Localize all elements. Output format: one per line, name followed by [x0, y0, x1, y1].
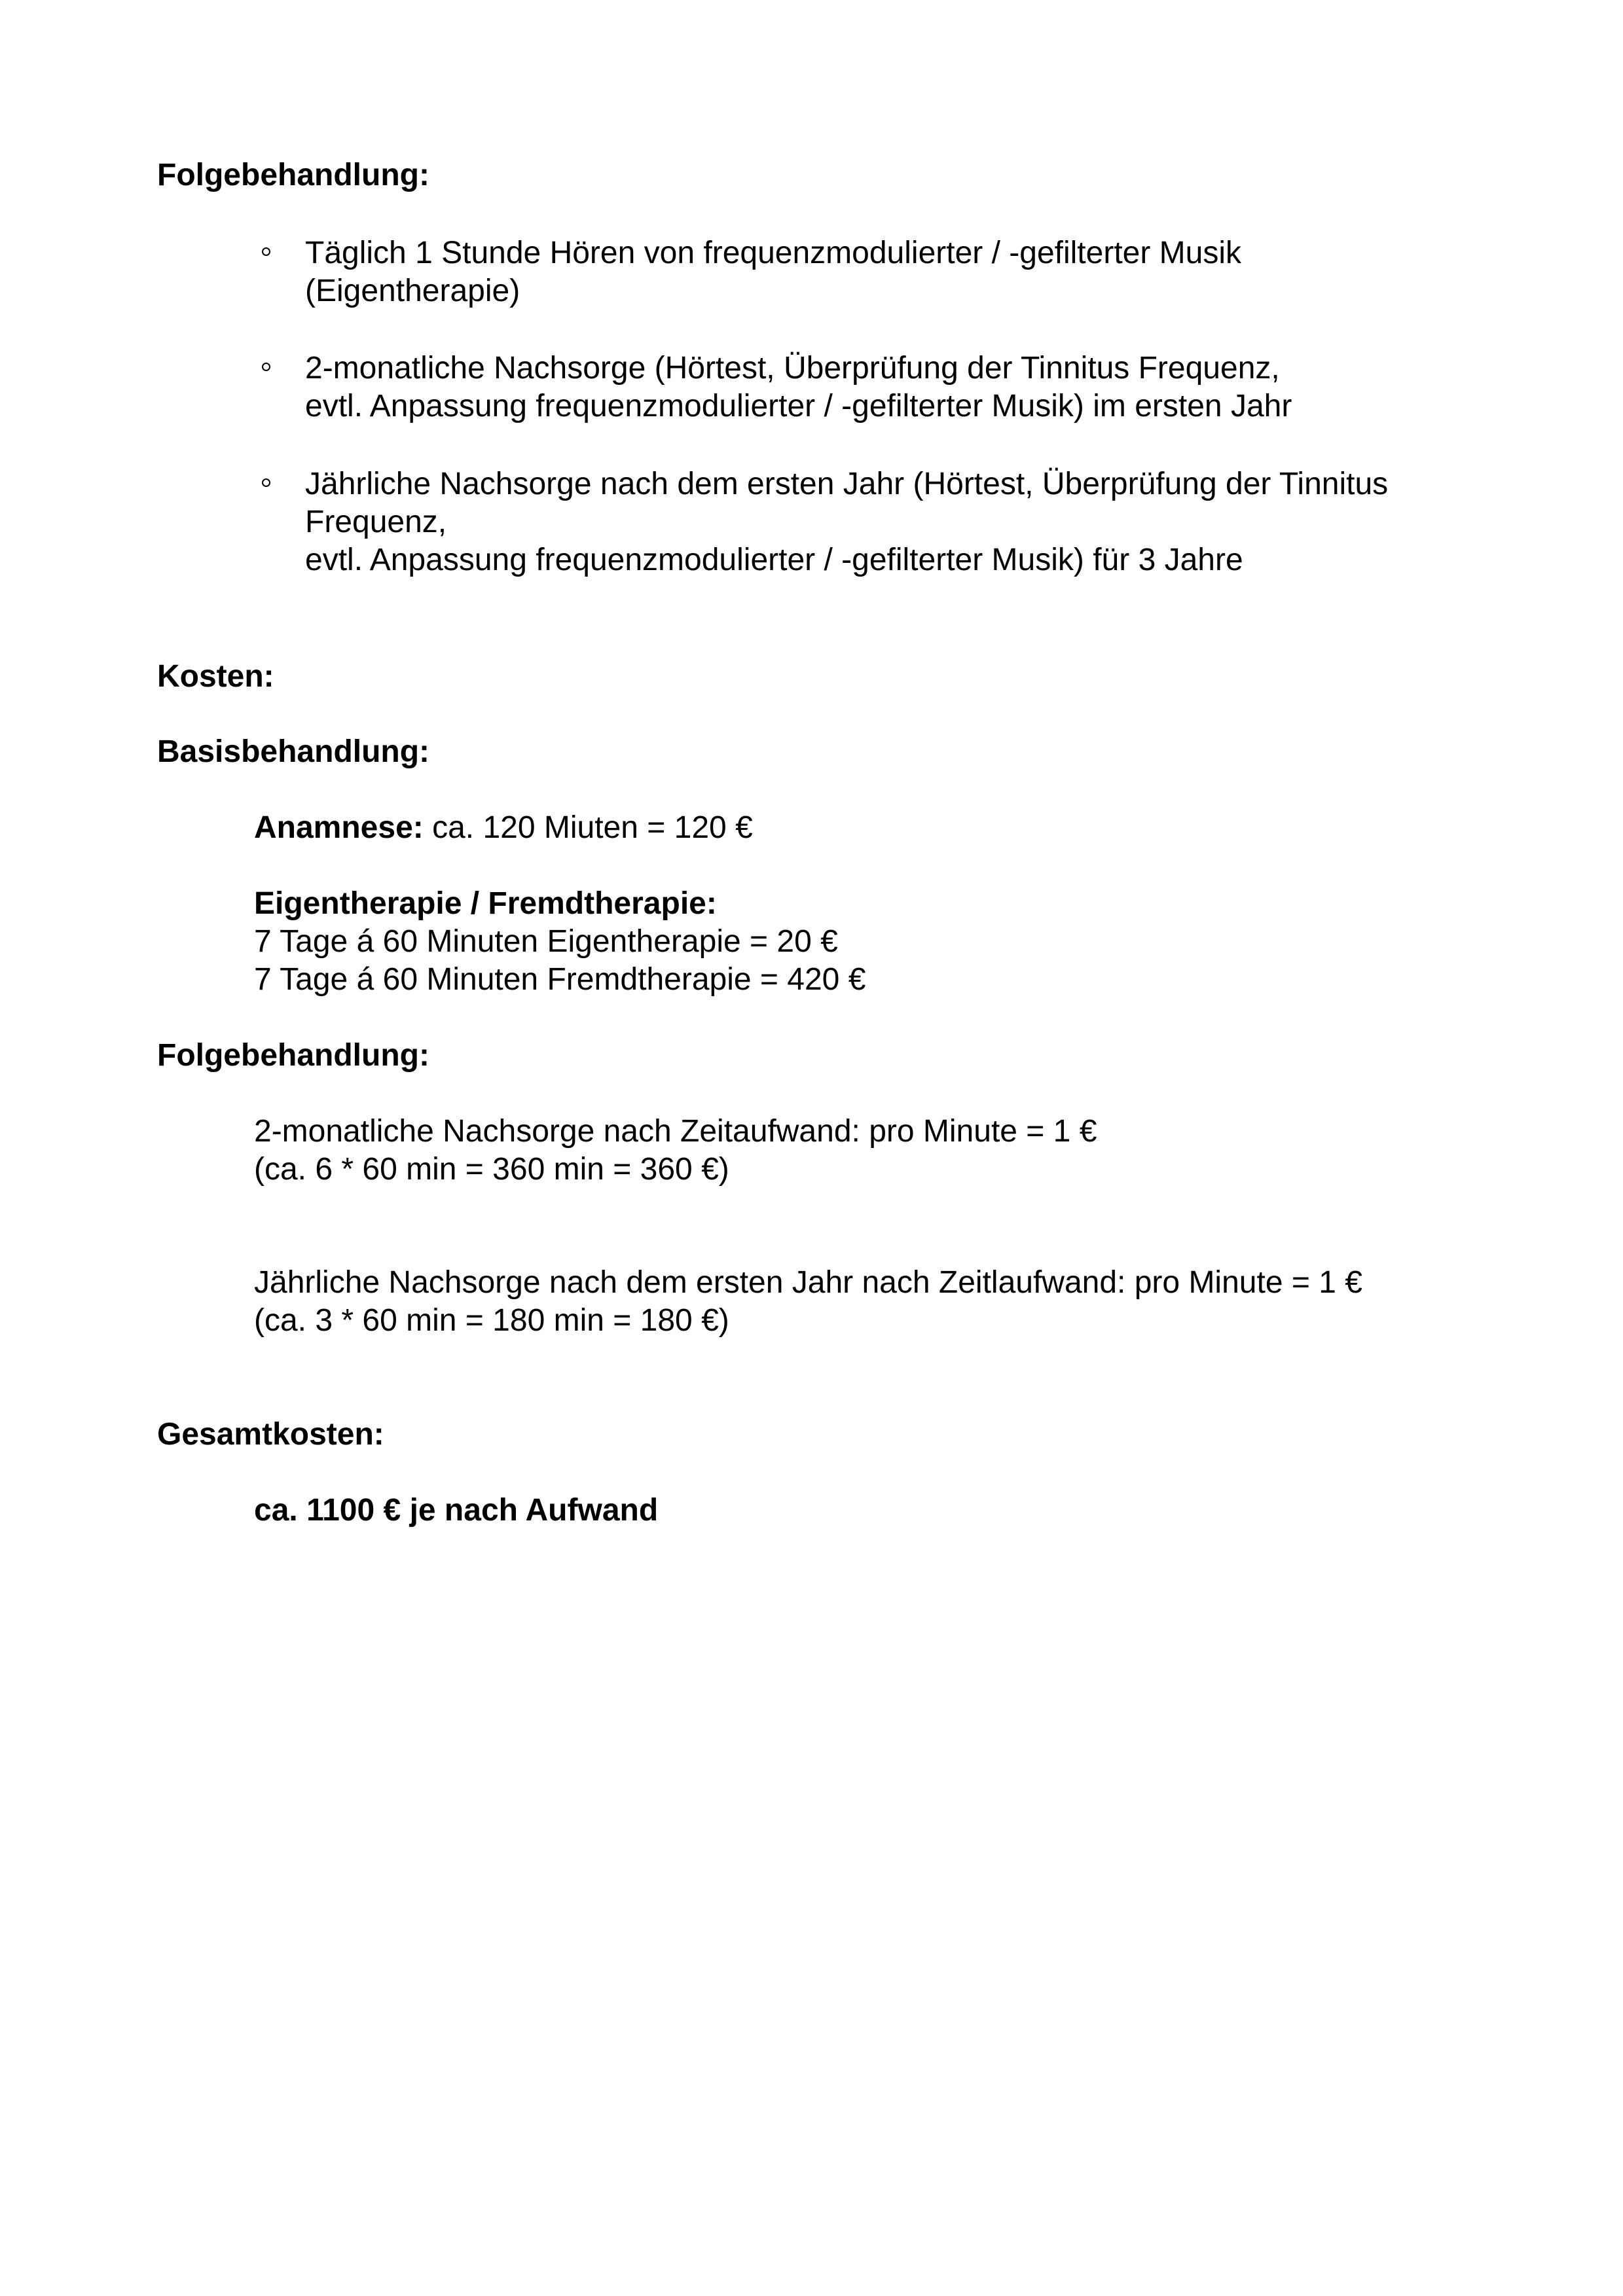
anamnesis-value: ca. 120 Miuten = 120 € — [424, 810, 753, 845]
therapy-heading: Eigentherapie / Fremdtherapie: — [254, 885, 866, 923]
total-value: ca. 1100 € je nach Aufwand — [254, 1492, 658, 1530]
bimonthly-cost-calc: (ca. 6 * 60 min = 360 min = 360 €) — [254, 1151, 1097, 1189]
anamnesis-label: Anamnese: — [254, 810, 424, 845]
therapy-line: 7 Tage á 60 Minuten Fremdtherapie = 420 … — [254, 961, 866, 999]
list-item-line: Täglich 1 Stunde Hören von frequenzmodul… — [305, 234, 1241, 272]
bimonthly-cost-line: 2-monatliche Nachsorge nach Zeitaufwand:… — [254, 1113, 1097, 1151]
list-item-line: Jährliche Nachsorge nach dem ersten Jahr… — [305, 465, 1388, 503]
therapy-line: 7 Tage á 60 Minuten Eigentherapie = 20 € — [254, 923, 866, 961]
anamnesis-line: Anamnese: ca. 120 Miuten = 120 € — [254, 809, 753, 847]
costs-heading: Kosten: — [157, 658, 274, 696]
therapy-block: Eigentherapie / Fremdtherapie: 7 Tage á … — [254, 885, 866, 999]
total-heading: Gesamtkosten: — [157, 1416, 384, 1454]
bullet-circle-icon — [262, 478, 270, 487]
basic-treatment-heading: Basisbehandlung: — [157, 733, 429, 771]
yearly-cost-line: Jährliche Nachsorge nach dem ersten Jahr… — [254, 1264, 1362, 1302]
list-item-line: evtl. Anpassung frequenzmodulierter / -g… — [305, 387, 1292, 425]
bimonthly-cost-block: 2-monatliche Nachsorge nach Zeitaufwand:… — [254, 1113, 1097, 1189]
bullet-circle-icon — [262, 247, 270, 256]
list-item-line: Frequenz, — [305, 503, 1388, 541]
bullet-circle-icon — [262, 363, 270, 371]
yearly-cost-block: Jährliche Nachsorge nach dem ersten Jahr… — [254, 1264, 1362, 1340]
followup-costs-heading: Folgebehandlung: — [157, 1037, 429, 1075]
list-item-line: (Eigentherapie) — [305, 272, 1241, 310]
list-item-line: 2-monatliche Nachsorge (Hörtest, Überprü… — [305, 350, 1292, 387]
list-item-line: evtl. Anpassung frequenzmodulierter / -g… — [305, 541, 1388, 579]
followup-heading: Folgebehandlung: — [157, 156, 429, 194]
yearly-cost-calc: (ca. 3 * 60 min = 180 min = 180 €) — [254, 1302, 1362, 1340]
